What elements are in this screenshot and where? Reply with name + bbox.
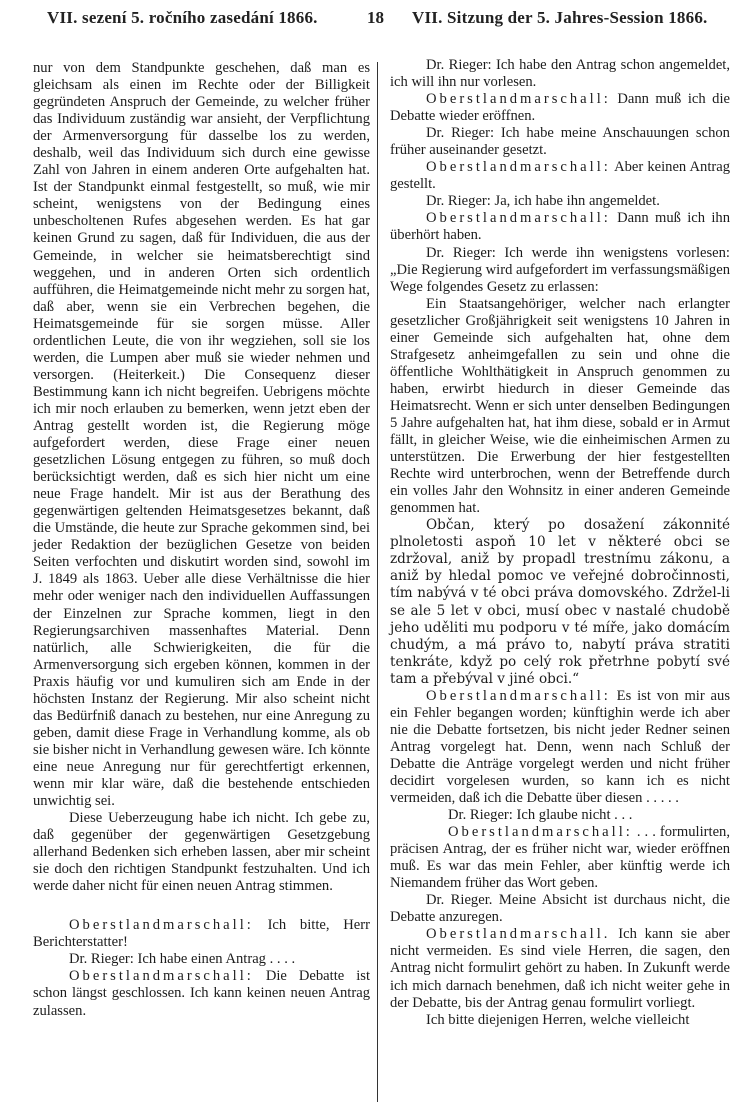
speech-text: Ich glaube nicht . . . — [517, 807, 633, 823]
speaker-name: Oberstlandmarschall: — [426, 91, 611, 107]
exchange-item: Oberstlandmarschall: Es ist von mir aus … — [390, 688, 730, 807]
spacer — [33, 895, 370, 917]
speaker-name: Dr. Rieger: — [426, 193, 491, 209]
column-divider — [377, 62, 378, 1102]
header-czech-title: VII. sezení 5. ročního zasedání 1866. — [47, 8, 318, 28]
exchange-item: Dr. Rieger: Ich habe einen Antrag . . . … — [33, 951, 370, 968]
speaker-name: Oberstlandmarschall: — [426, 688, 611, 704]
exchange-item: Oberstlandmarschall: Aber keinen Antrag … — [390, 159, 730, 193]
speaker-name: Oberstlandmarschall. — [426, 926, 610, 942]
exchange-item: Dr. Rieger: Ja, ich habe ihn angemeldet. — [390, 193, 730, 210]
page-number: 18 — [367, 8, 384, 28]
exchange-item: Dr. Rieger. Meine Absicht ist durchaus n… — [390, 892, 730, 926]
exchange-item: Oberstlandmarschall: . . . formulirten, … — [390, 824, 730, 892]
speaker-name: Dr. Rieger: — [426, 245, 496, 261]
exchange-item: Oberstlandmarschall: Dann muß ich die De… — [390, 91, 730, 125]
speech-paragraph: Diese Ueberzeugung habe ich nicht. Ich g… — [33, 810, 370, 895]
speaker-name: Oberstlandmarschall: — [69, 917, 254, 933]
speaker-name: Dr. Rieger. — [426, 892, 492, 908]
closing-paragraph: Ich bitte diejenigen Herren, welche viel… — [390, 1012, 730, 1029]
speaker-name: Oberstlandmarschall: — [448, 824, 633, 840]
speaker-name: Oberstlandmarschall: — [69, 968, 254, 984]
right-column: Dr. Rieger: Ich habe den Antrag schon an… — [390, 57, 730, 1029]
speaker-name: Oberstlandmarschall: — [426, 210, 611, 226]
motion-czech: Občan, který po dosažení zákonnité plnol… — [390, 517, 730, 687]
exchange-item: Dr. Rieger: Ich habe meine Anschauungen … — [390, 125, 730, 159]
speech-text: Ich habe einen Antrag . . . . — [138, 951, 296, 967]
speaker-name: Dr. Rieger: — [426, 125, 494, 141]
exchange-item: Dr. Rieger: Ich werde ihn wenigstens vor… — [390, 245, 730, 296]
speaker-name: Oberstlandmarschall: — [426, 159, 611, 175]
exchange-item: Dr. Rieger: Ich glaube nicht . . . — [390, 807, 730, 824]
exchange-item: Oberstlandmarschall. Ich kann sie aber n… — [390, 926, 730, 1011]
exchange-item: Oberstlandmarschall: Die Debatte ist sch… — [33, 968, 370, 1019]
header-german-title: VII. Sitzung der 5. Jahres-Session 1866. — [412, 8, 707, 28]
speech-paragraph: nur von dem Standpunkte geschehen, daß m… — [33, 60, 370, 810]
left-column: nur von dem Standpunkte geschehen, daß m… — [33, 60, 370, 1020]
speaker-name: Dr. Rieger: — [426, 57, 492, 73]
motion-german: Ein Staatsangehöriger, welcher nach erla… — [390, 296, 730, 518]
speech-text: Es ist von mir aus ein Fehler begangen w… — [390, 688, 730, 806]
page-header: VII. sezení 5. ročního zasedání 1866. 18… — [0, 8, 750, 32]
speaker-name: Dr. Rieger: — [69, 951, 134, 967]
speech-text: Ja, ich habe ihn angemeldet. — [495, 193, 660, 209]
exchange-item: Oberstlandmarschall: Dann muß ich ihn üb… — [390, 210, 730, 244]
exchange-item: Dr. Rieger: Ich habe den Antrag schon an… — [390, 57, 730, 91]
exchange-item: Oberstlandmarschall: Ich bitte, Herr Ber… — [33, 917, 370, 951]
speaker-name: Dr. Rieger: — [448, 807, 513, 823]
